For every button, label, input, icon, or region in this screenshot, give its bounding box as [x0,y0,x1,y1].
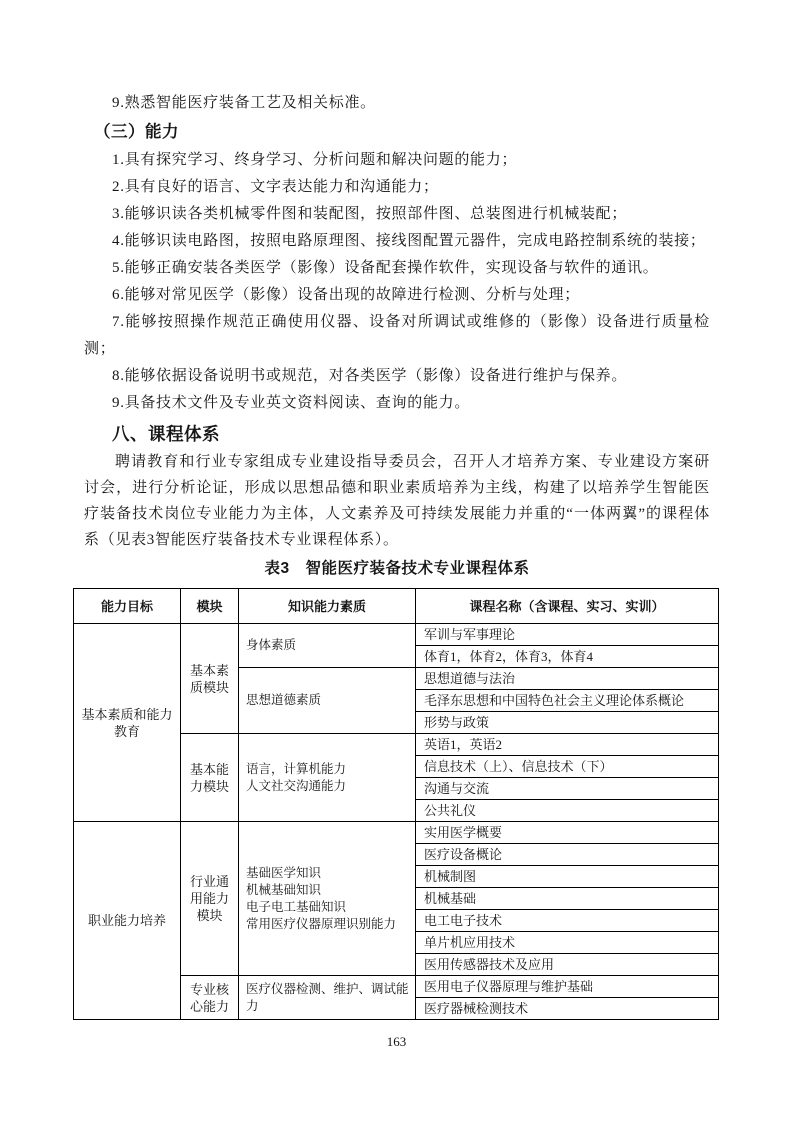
quality-cell: 身体素质 [239,624,416,668]
column-header-quality: 知识能力素质 [239,589,416,624]
module-cell: 基本素质模块 [181,624,239,734]
ability-list-item: 1.具有探究学习、终身学习、分析问题和解决问题的能力； [84,147,710,174]
list-item-capability-9: 9.熟悉智能医疗装备工艺及相关标准。 [84,90,710,117]
ability-list-item: 8.能够依据设备说明书或规范，对各类医学（影像）设备进行维护与保养。 [84,363,710,390]
table-caption: 表3 智能医疗装备技术专业课程体系 [84,558,710,580]
module-cell: 行业通用能力模块 [181,822,239,976]
quality-cell: 思想道德素质 [239,668,416,734]
course-cell: 医疗设备概论 [416,844,719,866]
course-table-body: 基本素质和能力教育基本素质模块身体素质军训与军事理论体育1，体育2，体育3，体育… [74,624,719,1020]
ability-list: 1.具有探究学习、终身学习、分析问题和解决问题的能力；2.具有良好的语言、文字表… [84,147,710,417]
section-heading-ability: （三）能力 [84,117,710,147]
course-cell: 机械基础 [416,888,719,910]
ability-list-item: 2.具有良好的语言、文字表达能力和沟通能力； [84,174,710,201]
quality-cell: 医疗仪器检测、维护、调试能力 [239,976,416,1020]
course-cell: 医用传感器技术及应用 [416,954,719,976]
ability-list-item: 7.能够按照操作规范正确使用仪器、设备对所调试或维修的（影像）设备进行质量检测； [84,309,710,363]
quality-cell: 语言，计算机能力 人文社交沟通能力 [239,734,416,822]
ability-list-item: 3.能够识读各类机械零件图和装配图，按照部件图、总装图进行机械装配； [84,201,710,228]
course-cell: 信息技术（上）、信息技术（下） [416,756,719,778]
course-cell: 沟通与交流 [416,778,719,800]
ability-list-item: 9.具备技术文件及专业英文资料阅读、查询的能力。 [84,390,710,417]
course-cell: 英语1，英语2 [416,734,719,756]
course-table: 能力目标 模块 知识能力素质 课程名称（含课程、实习、实训） 基本素质和能力教育… [73,588,719,1020]
ability-list-item: 4.能够识读电路图，按照电路原理图、接线图配置元器件，完成电路控制系统的装接； [84,228,710,255]
column-header-module: 模块 [181,589,239,624]
course-cell: 毛泽东思想和中国特色社会主义理论体系概论 [416,690,719,712]
module-cell: 基本能力模块 [181,734,239,822]
course-cell: 机械制图 [416,866,719,888]
course-cell: 医疗器械检测技术 [416,998,719,1020]
course-cell: 思想道德与法治 [416,668,719,690]
course-cell: 体育1，体育2，体育3，体育4 [416,646,719,668]
table-row: 基本素质和能力教育基本素质模块身体素质军训与军事理论 [74,624,719,646]
table-row: 职业能力培养行业通用能力模块基础医学知识 机械基础知识 电子电工基础知识 常用医… [74,822,719,844]
chapter-paragraph: 聘请教育和行业专家组成专业建设指导委员会，召开人才培养方案、专业建设方案研讨会，… [84,449,710,553]
course-cell: 实用医学概要 [416,822,719,844]
course-cell: 电工电子技术 [416,910,719,932]
course-table-header: 能力目标 模块 知识能力素质 课程名称（含课程、实习、实训） [74,589,719,624]
course-cell: 形势与政策 [416,712,719,734]
ability-list-item: 6.能够对常见医学（影像）设备出现的故障进行检测、分析与处理； [84,282,710,309]
course-cell: 单片机应用技术 [416,932,719,954]
goal-cell: 基本素质和能力教育 [74,624,181,822]
column-header-goal: 能力目标 [74,589,181,624]
document-body: 9.熟悉智能医疗装备工艺及相关标准。 （三）能力 1.具有探究学习、终身学习、分… [84,90,710,1020]
quality-cell: 基础医学知识 机械基础知识 电子电工基础知识 常用医疗仪器原理识别能力 [239,822,416,976]
chapter-heading-course-system: 八、课程体系 [84,419,710,449]
column-header-course: 课程名称（含课程、实习、实训） [416,589,719,624]
module-cell: 专业核心能力 [181,976,239,1020]
page-number: 163 [0,1034,793,1050]
course-cell: 医用电子仪器原理与维护基础 [416,976,719,998]
ability-list-item: 5.能够正确安装各类医学（影像）设备配套操作软件，实现设备与软件的通讯。 [84,255,710,282]
document-page: 9.熟悉智能医疗装备工艺及相关标准。 （三）能力 1.具有探究学习、终身学习、分… [0,0,793,1122]
goal-cell: 职业能力培养 [74,822,181,1020]
table-header-row: 能力目标 模块 知识能力素质 课程名称（含课程、实习、实训） [74,589,719,624]
course-cell: 公共礼仪 [416,800,719,822]
course-cell: 军训与军事理论 [416,624,719,646]
